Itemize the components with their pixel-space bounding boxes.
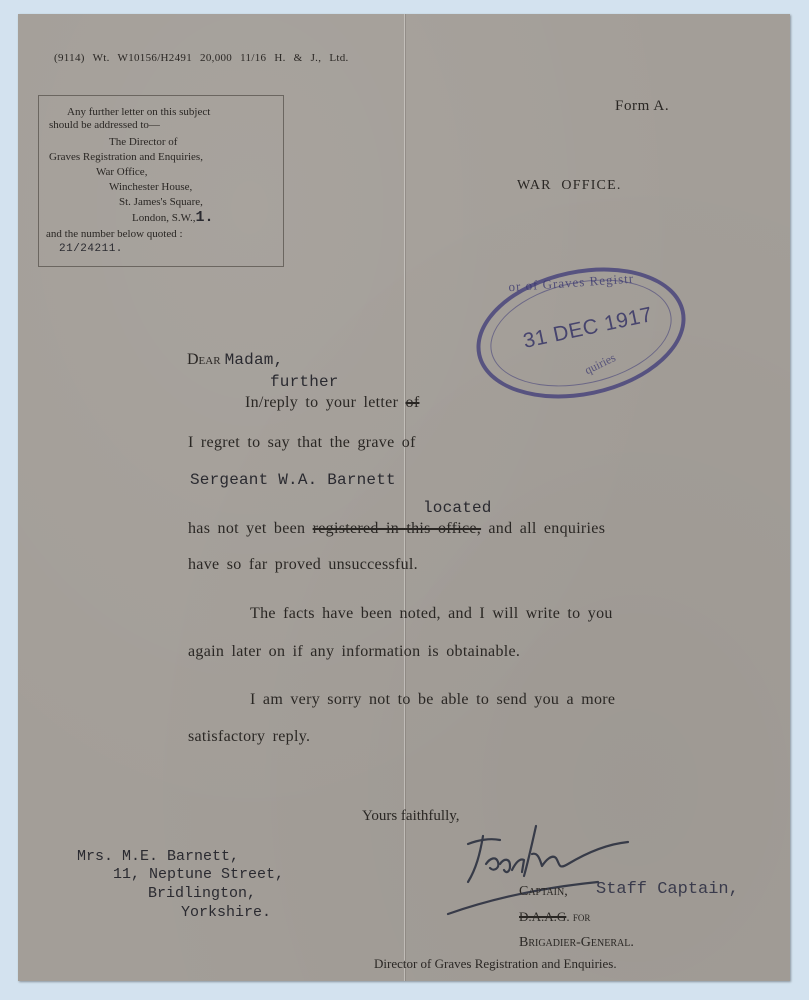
address-line: should be addressed to— <box>49 119 160 131</box>
address-line: The Director of <box>109 136 177 148</box>
satisfactory-line: satisfactory reply. <box>188 728 310 746</box>
address-line: Winchester House, <box>109 181 192 193</box>
struck-word-of: of <box>406 394 420 411</box>
reply-in: In/ <box>245 394 264 411</box>
postal-district: 1. <box>195 209 213 226</box>
address-city: London, S.W., <box>132 212 195 224</box>
recipient-street: 11, Neptune Street, <box>113 866 284 883</box>
facts-line: The facts have been noted, and I will wr… <box>250 605 613 623</box>
recipient-county: Yorkshire. <box>181 904 271 921</box>
signatory-typed-title: Staff Captain, <box>596 880 739 899</box>
sorry-line: I am very sorry not to be able to send y… <box>250 691 615 709</box>
soldier-name: Sergeant W.A. Barnett <box>190 471 396 489</box>
signatory-directorate: Director of Graves Registration and Enqu… <box>374 956 617 972</box>
handwritten-signature-icon <box>428 814 648 924</box>
address-line: Graves Registration and Enquiries, <box>49 151 203 163</box>
salutation-prefix: Dear <box>187 351 221 368</box>
reply-line: In/reply to your letter of <box>245 394 419 412</box>
office-title: WAR OFFICE. <box>517 178 622 194</box>
struck-registered-text: registered in this office, <box>313 520 481 537</box>
status-suffix: and all enquiries <box>481 520 605 537</box>
address-line: St. James's Square, <box>119 196 203 208</box>
again-line: again later on if any information is obt… <box>188 643 520 661</box>
form-label: Form A. <box>615 98 669 115</box>
address-line: London, S.W.,1. <box>132 209 213 226</box>
regret-line: I regret to say that the grave of <box>188 434 416 452</box>
address-line: and the number below quoted : <box>46 228 183 240</box>
address-line: Any further letter on this subject <box>67 106 210 118</box>
signatory-captain: Captain, <box>519 884 568 900</box>
signatory-rank: Brigadier-General. <box>519 935 634 951</box>
typed-insert-located: located <box>423 499 492 517</box>
address-line: War Office, <box>96 166 147 178</box>
status-line: has not yet been registered in this offi… <box>188 520 605 538</box>
printer-reference-line: (9114) Wt. W10156/H2491 20,000 11/16 H. … <box>54 52 349 64</box>
status-prefix: has not yet been <box>188 520 313 537</box>
recipient-town: Bridlington, <box>148 885 256 902</box>
struck-daag: D.A.A.G <box>519 909 566 924</box>
correspondence-address-box: Any further letter on this subject shoul… <box>38 95 284 267</box>
letter-paper: (9114) Wt. W10156/H2491 20,000 11/16 H. … <box>18 14 790 981</box>
salutation-typed: Madam, <box>225 351 284 369</box>
paper-fold-crease <box>404 14 405 981</box>
typed-insert-further: further <box>270 373 339 391</box>
reference-number: 21/24211. <box>59 243 123 255</box>
reply-rest: reply to your letter <box>264 394 406 411</box>
salutation: Dear Madam, <box>187 351 283 369</box>
signatory-daag-line: D.A.A.G. for <box>519 909 590 925</box>
unsuccessful-line: have so far proved unsuccessful. <box>188 556 418 574</box>
for-label: . for <box>566 909 590 924</box>
recipient-name: Mrs. M.E. Barnett, <box>77 848 239 865</box>
date-received-stamp: or of Graves Registr 31 DEC 1917 quiries <box>464 249 698 416</box>
